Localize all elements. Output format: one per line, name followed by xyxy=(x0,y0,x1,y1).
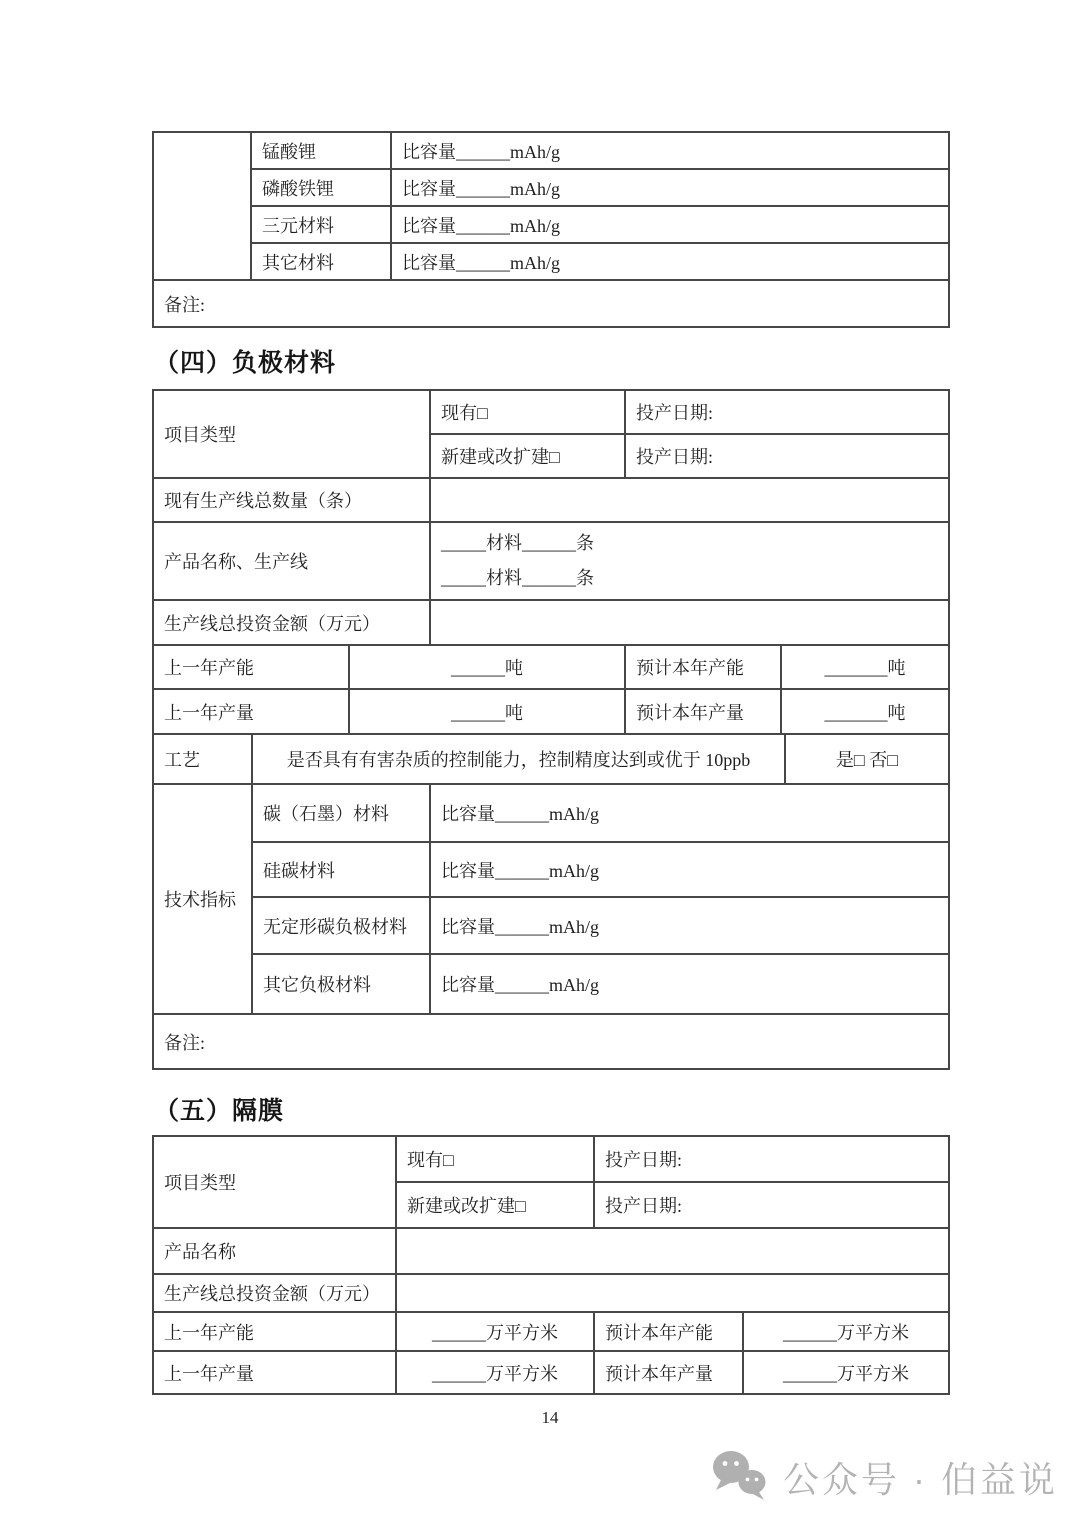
anode-investment-label: 生产线总投资金额（万元） xyxy=(153,600,430,645)
anode-product-lines: _____材料______条 _____材料______条 xyxy=(430,522,949,600)
section-title-separator: （五）隔膜 xyxy=(154,1091,948,1127)
anode-note-cell: 备注: xyxy=(153,1014,949,1069)
anode-tech-material-label: 碳（石墨）材料 xyxy=(252,784,430,842)
separator-investment-value xyxy=(396,1274,949,1312)
anode-process-question: 是否具有有害杂质的控制能力，控制精度达到或优于 10ppb xyxy=(252,734,785,784)
anode-tech-label: 技术指标 xyxy=(153,784,252,1014)
separator-product-value xyxy=(396,1228,949,1274)
anode-tech-material-label: 无定形碳负极材料 xyxy=(252,897,430,954)
separator-capacity-this-label: 预计本年产能 xyxy=(594,1312,743,1351)
anode-product-line-2: _____材料______条 xyxy=(441,561,938,596)
wechat-icon xyxy=(709,1448,769,1507)
anode-tech-table: 技术指标 碳（石墨）材料 比容量______mAh/g 硅碳材料 比容量____… xyxy=(152,783,950,1015)
separator-rebuild-checkbox: 新建或改扩建□ xyxy=(396,1182,594,1228)
separator-investment-label: 生产线总投资金额（万元） xyxy=(153,1274,396,1312)
cathode-note-cell: 备注: xyxy=(153,280,949,327)
anode-note-table: 备注: xyxy=(152,1013,950,1070)
anode-output-this-label: 预计本年产量 xyxy=(625,689,781,734)
anode-tech-material-label: 其它负极材料 xyxy=(252,954,430,1014)
anode-product-line-1: _____材料______条 xyxy=(441,526,938,561)
watermark: 公众号 · 伯益说 xyxy=(709,1448,1058,1507)
separator-capacity-this-blank: ______万平方米 xyxy=(743,1312,949,1351)
cathode-spanner-cell xyxy=(153,132,251,280)
anode-output-last-blank: ______吨 xyxy=(349,689,625,734)
anode-project-type-label: 项目类型 xyxy=(153,390,430,478)
cathode-capacity-blank: 比容量______mAh/g xyxy=(391,206,949,243)
separator-product-label: 产品名称 xyxy=(153,1228,396,1274)
document-page: 锰酸锂 比容量______mAh/g 磷酸铁锂 比容量______mAh/g 三… xyxy=(152,131,948,1428)
separator-output-last-blank: ______万平方米 xyxy=(396,1351,594,1394)
separator-capacity-last-label: 上一年产能 xyxy=(153,1312,396,1351)
anode-project-table: 项目类型 现有□ 投产日期: 新建或改扩建□ 投产日期: 现有生产线总数量（条）… xyxy=(152,389,950,646)
separator-project-table: 项目类型 现有□ 投产日期: 新建或改扩建□ 投产日期: 产品名称 生产线总投资… xyxy=(152,1135,950,1313)
anode-output-last-label: 上一年产量 xyxy=(153,689,349,734)
anode-capacity-this-label: 预计本年产能 xyxy=(625,645,781,689)
cathode-material-label: 锰酸锂 xyxy=(251,132,391,169)
separator-rebuild-date-label: 投产日期: xyxy=(594,1182,949,1228)
separator-output-last-label: 上一年产量 xyxy=(153,1351,396,1394)
cathode-capacity-blank: 比容量______mAh/g xyxy=(391,243,949,280)
separator-existing-date-label: 投产日期: xyxy=(594,1136,949,1182)
cathode-material-label: 磷酸铁锂 xyxy=(251,169,391,206)
cathode-material-label: 其它材料 xyxy=(251,243,391,280)
anode-output-this-blank: _______吨 xyxy=(781,689,949,734)
cathode-capacity-blank: 比容量______mAh/g xyxy=(391,169,949,206)
anode-process-table: 工艺 是否具有有害杂质的控制能力，控制精度达到或优于 10ppb 是□ 否□ xyxy=(152,733,950,785)
anode-capacity-last-label: 上一年产能 xyxy=(153,645,349,689)
section-title-anode: （四）负极材料 xyxy=(154,343,948,379)
page-number: 14 xyxy=(152,1408,948,1428)
anode-process-yes-no-checkboxes: 是□ 否□ xyxy=(785,734,949,784)
anode-capacity-table: 上一年产能 ______吨 预计本年产能 _______吨 上一年产量 ____… xyxy=(152,644,950,735)
anode-tech-material-label: 硅碳材料 xyxy=(252,842,430,897)
cathode-materials-table: 锰酸锂 比容量______mAh/g 磷酸铁锂 比容量______mAh/g 三… xyxy=(152,131,950,328)
anode-tech-capacity-blank: 比容量______mAh/g xyxy=(430,954,949,1014)
separator-existing-checkbox: 现有□ xyxy=(396,1136,594,1182)
cathode-material-label: 三元材料 xyxy=(251,206,391,243)
separator-project-type-label: 项目类型 xyxy=(153,1136,396,1228)
anode-rebuild-checkbox: 新建或改扩建□ xyxy=(430,434,625,478)
anode-product-label: 产品名称、生产线 xyxy=(153,522,430,600)
separator-capacity-table: 上一年产能 ______万平方米 预计本年产能 ______万平方米 上一年产量… xyxy=(152,1311,950,1395)
anode-investment-value xyxy=(430,600,949,645)
cathode-capacity-blank: 比容量______mAh/g xyxy=(391,132,949,169)
anode-tech-capacity-blank: 比容量______mAh/g xyxy=(430,897,949,954)
watermark-text: 公众号 · 伯益说 xyxy=(783,1452,1058,1503)
anode-capacity-last-blank: ______吨 xyxy=(349,645,625,689)
separator-output-this-label: 预计本年产量 xyxy=(594,1351,743,1394)
anode-line-count-value xyxy=(430,478,949,522)
anode-capacity-this-blank: _______吨 xyxy=(781,645,949,689)
anode-tech-capacity-blank: 比容量______mAh/g xyxy=(430,842,949,897)
separator-output-this-blank: ______万平方米 xyxy=(743,1351,949,1394)
anode-rebuild-date-label: 投产日期: xyxy=(625,434,949,478)
anode-line-count-label: 现有生产线总数量（条） xyxy=(153,478,430,522)
anode-existing-date-label: 投产日期: xyxy=(625,390,949,434)
separator-capacity-last-blank: ______万平方米 xyxy=(396,1312,594,1351)
anode-existing-checkbox: 现有□ xyxy=(430,390,625,434)
anode-process-label: 工艺 xyxy=(153,734,252,784)
anode-tech-capacity-blank: 比容量______mAh/g xyxy=(430,784,949,842)
